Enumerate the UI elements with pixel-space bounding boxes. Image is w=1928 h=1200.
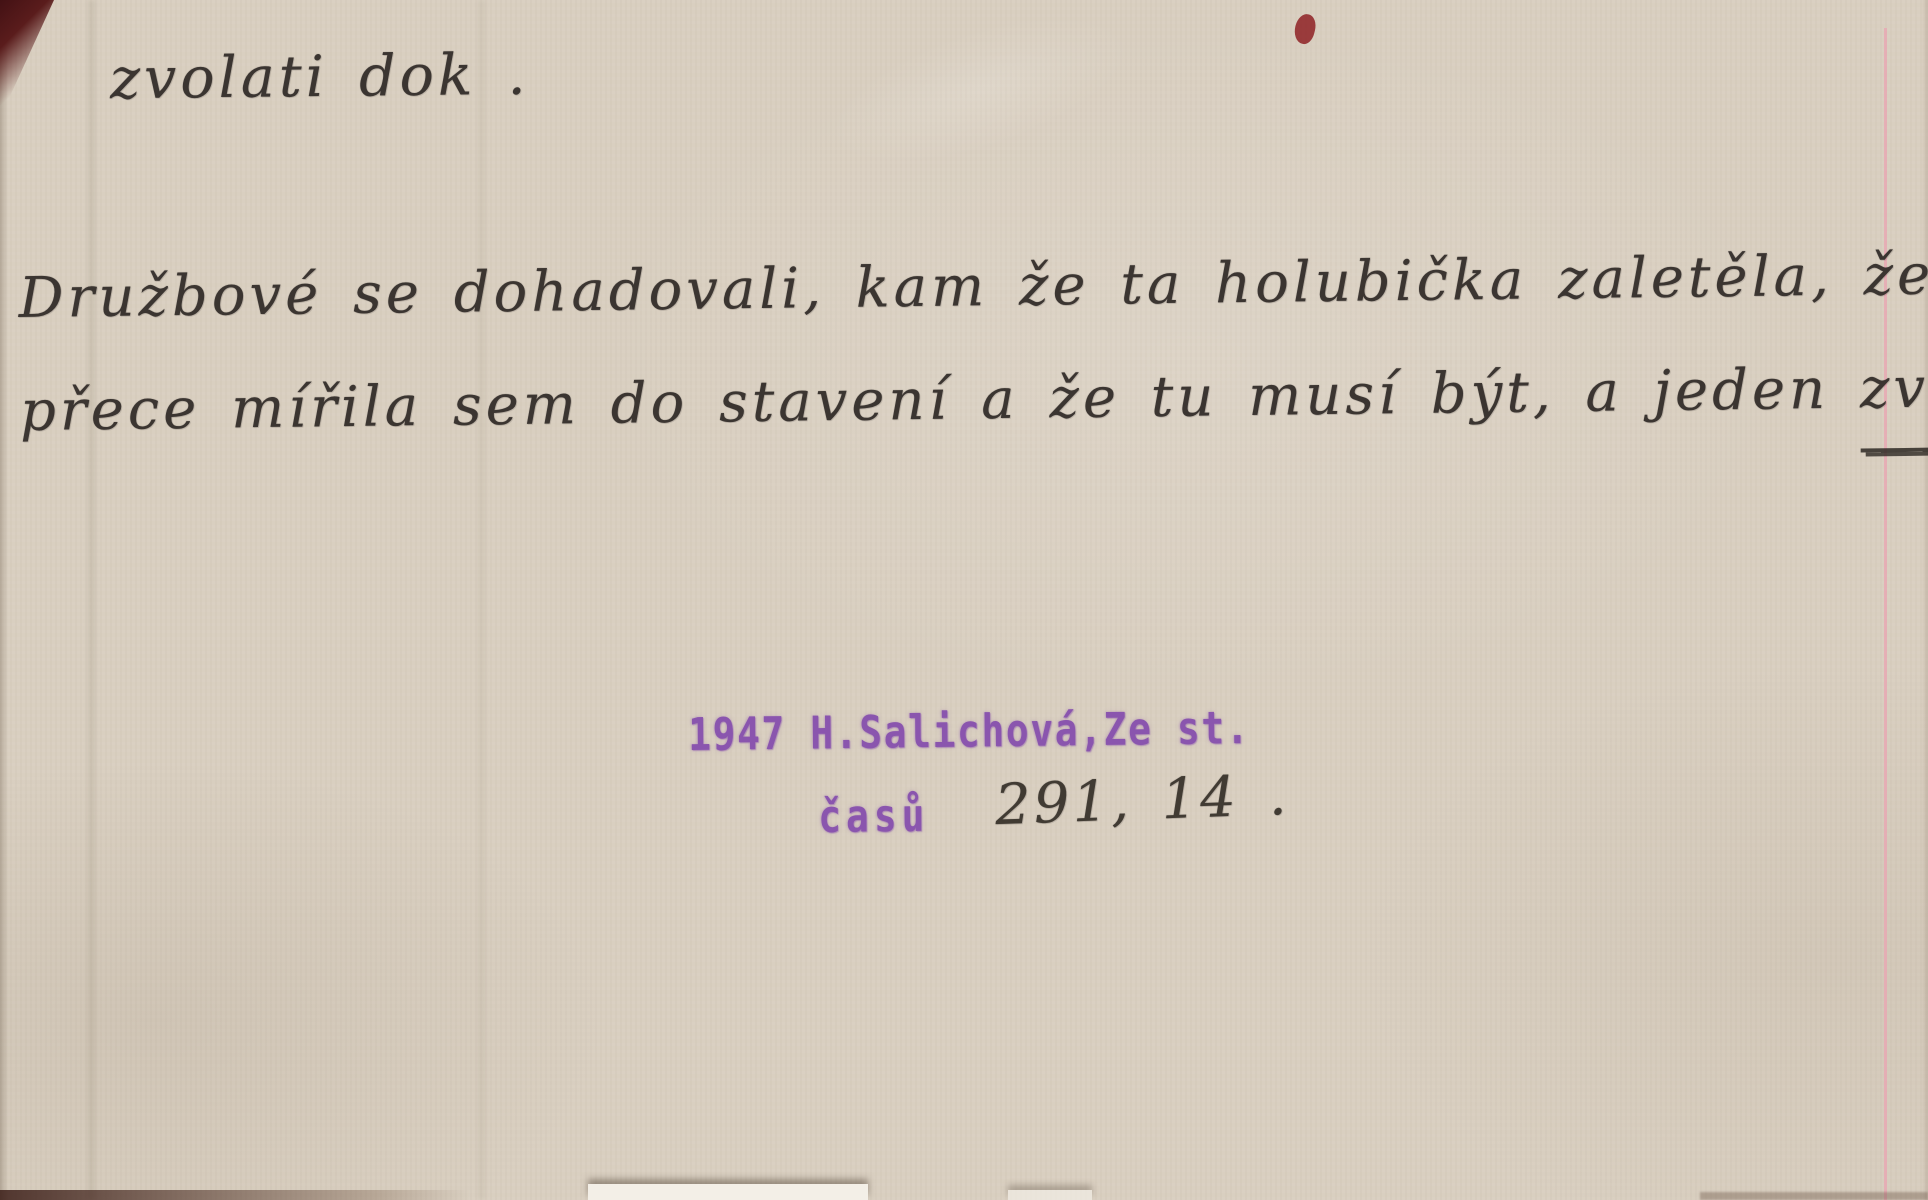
paragraph-line-2-text: přece mířila sem do stavení a že tu musí… xyxy=(20,357,1861,444)
scan-artifact-pink-edge-line xyxy=(1884,28,1887,1200)
handwritten-paragraph: Družbové se dohadovali, kam že ta holubi… xyxy=(18,217,1928,475)
scanned-card: zvolati dok . Družbové se dohadovali, ka… xyxy=(0,0,1928,1200)
scan-artifact-red-mark xyxy=(1292,12,1319,46)
scan-artifact-bottom-dark-band xyxy=(0,1190,470,1200)
scan-artifact-right-edge-shade xyxy=(1922,0,1928,1200)
underlined-word: zvolal: xyxy=(1859,330,1928,453)
handwritten-note-top: zvolati dok . xyxy=(110,42,530,112)
scan-artifact-paper-crease xyxy=(88,0,95,1200)
scan-artifact-left-edge-shade xyxy=(0,0,8,1200)
stamp-line-2-label: časů xyxy=(818,789,930,843)
scan-artifact-paper-crease xyxy=(478,0,485,1200)
paragraph-line-2: přece mířila sem do stavení a že tu musí… xyxy=(19,330,1928,475)
scan-artifact-bottom-right-shade xyxy=(1700,1192,1928,1200)
scan-artifact-bottom-white-strip xyxy=(588,1184,868,1200)
scan-artifact-bottom-white-strip xyxy=(1008,1190,1092,1200)
scan-artifact-dark-corner xyxy=(0,0,54,118)
scan-artifact-fold-highlight xyxy=(809,0,1150,197)
stamp-line-1: 1947 H.Salichová,Ze st. xyxy=(688,701,1251,761)
handwritten-reference-number: 291, 14 . xyxy=(994,763,1290,838)
